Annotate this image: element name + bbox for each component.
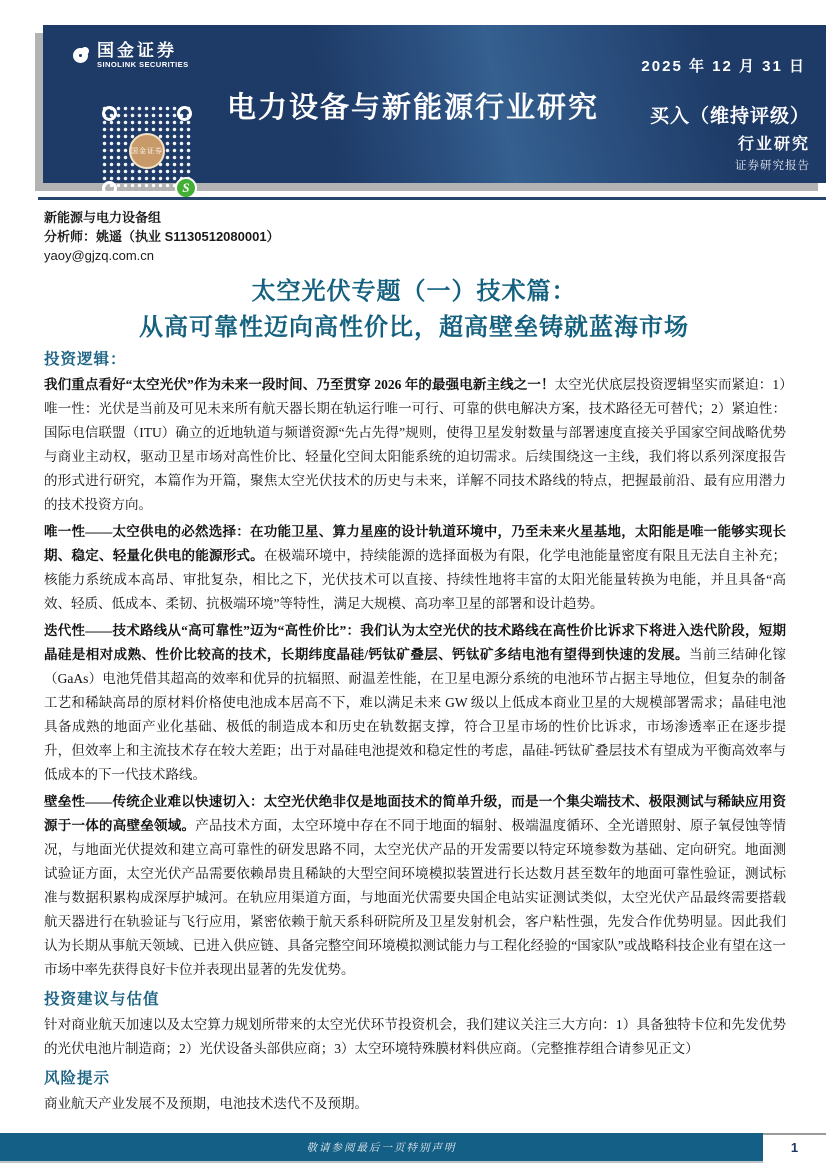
qr-center-badge: 国金证券 bbox=[129, 133, 165, 169]
page-number: 1 bbox=[763, 1133, 826, 1161]
sinolink-logo-icon bbox=[73, 48, 88, 63]
report-page: 国金证券 SINOLINK SECURITIES 2025 年 12 月 31 … bbox=[0, 0, 826, 1169]
report-category: 行业研究 bbox=[738, 131, 810, 154]
wechat-icon: S bbox=[175, 177, 197, 199]
section-heading-risk: 风险提示 bbox=[44, 1066, 786, 1088]
banner-title: 电力设备与新能源行业研究 bbox=[193, 85, 633, 126]
report-title-line2: 从高可靠性迈向高性价比，超高壁垒铸就蓝海市场 bbox=[44, 307, 784, 342]
footer-divider bbox=[0, 1161, 763, 1163]
paragraph-text: 产品技术方面，太空环境中存在不同于地面的辐射、极端温度循环、全光谱照射、原子氧侵… bbox=[44, 818, 786, 977]
brand-name-cn: 国金证券 bbox=[97, 41, 189, 60]
paragraph-uniqueness-intro: 我们重点看好“太空光伏”作为未来一段时间、乃至贯穿 2026 年的最强电新主线之… bbox=[44, 373, 786, 517]
section-heading-investment-logic: 投资逻辑： bbox=[44, 347, 786, 369]
qr-finder-icon bbox=[102, 106, 117, 121]
paragraph-risk: 商业航天产业发展不及预期，电池技术迭代不及预期。 bbox=[44, 1092, 786, 1116]
brand-text: 国金证券 SINOLINK SECURITIES bbox=[97, 41, 189, 70]
rating-badge: 买入（维持评级） bbox=[650, 101, 810, 128]
paragraph-barrier: 壁垒性——传统企业难以快速切入：太空光伏绝非仅是地面技术的简单升级，而是一个集尖… bbox=[44, 790, 786, 982]
paragraph-iteration: 迭代性——技术路线从“高可靠性”迈为“高性价比”：我们认为太空光伏的技术路线在高… bbox=[44, 619, 786, 787]
qr-finder-icon bbox=[177, 106, 192, 121]
analyst-name: 分析师：姚遥（执业 S1130512080001） bbox=[44, 227, 280, 246]
paragraph-lead: 迭代性——技术路线从“高可靠性”迈为“高性价比”：我们认为太空光伏的技术路线在高… bbox=[44, 623, 786, 662]
header-separator bbox=[38, 197, 826, 200]
report-body: 投资逻辑： 我们重点看好“太空光伏”作为未来一段时间、乃至贯穿 2026 年的最… bbox=[44, 347, 786, 1119]
analyst-block: 新能源与电力设备组 分析师：姚遥（执业 S1130512080001） yaoy… bbox=[44, 208, 280, 265]
qr-finder-icon bbox=[102, 181, 117, 196]
paragraph-text: 当前三结砷化镓（GaAs）电池凭借其超高的效率和优异的抗辐照、耐温差性能，在卫星… bbox=[44, 647, 786, 782]
brand-name-en: SINOLINK SECURITIES bbox=[97, 60, 189, 70]
paragraph-text: 太空光伏底层投资逻辑坚实而紧迫：1）唯一性：光伏是当前及可见未来所有航天器长期在… bbox=[44, 377, 786, 512]
header-banner: 国金证券 SINOLINK SECURITIES 2025 年 12 月 31 … bbox=[43, 25, 826, 183]
paragraph-advice: 针对商业航天加速以及太空算力规划所带来的太空光伏环节投资机会，我们建议关注三大方… bbox=[44, 1013, 786, 1061]
brand-logo: 国金证券 SINOLINK SECURITIES bbox=[73, 41, 189, 70]
paragraph-lead: 我们重点看好“太空光伏”作为未来一段时间、乃至贯穿 2026 年的最强电新主线之… bbox=[44, 377, 555, 392]
section-heading-advice: 投资建议与估值 bbox=[44, 987, 786, 1009]
report-subcategory: 证券研究报告 bbox=[735, 157, 810, 173]
report-title-line1: 太空光伏专题（一）技术篇： bbox=[44, 271, 784, 306]
analyst-group: 新能源与电力设备组 bbox=[44, 208, 280, 227]
analyst-email: yaoy@gjzq.com.cn bbox=[44, 246, 280, 265]
footer-disclaimer-band: 敬请参阅最后一页特别声明 bbox=[0, 1133, 763, 1161]
report-date: 2025 年 12 月 31 日 bbox=[641, 55, 806, 76]
footer-notice: 敬请参阅最后一页特别声明 bbox=[307, 1140, 457, 1155]
paragraph-uniqueness: 唯一性——太空供电的必然选择：在功能卫星、算力星座的设计轨道环境中，乃至未来火星… bbox=[44, 520, 786, 616]
qr-code: 国金证券 S bbox=[101, 105, 193, 197]
